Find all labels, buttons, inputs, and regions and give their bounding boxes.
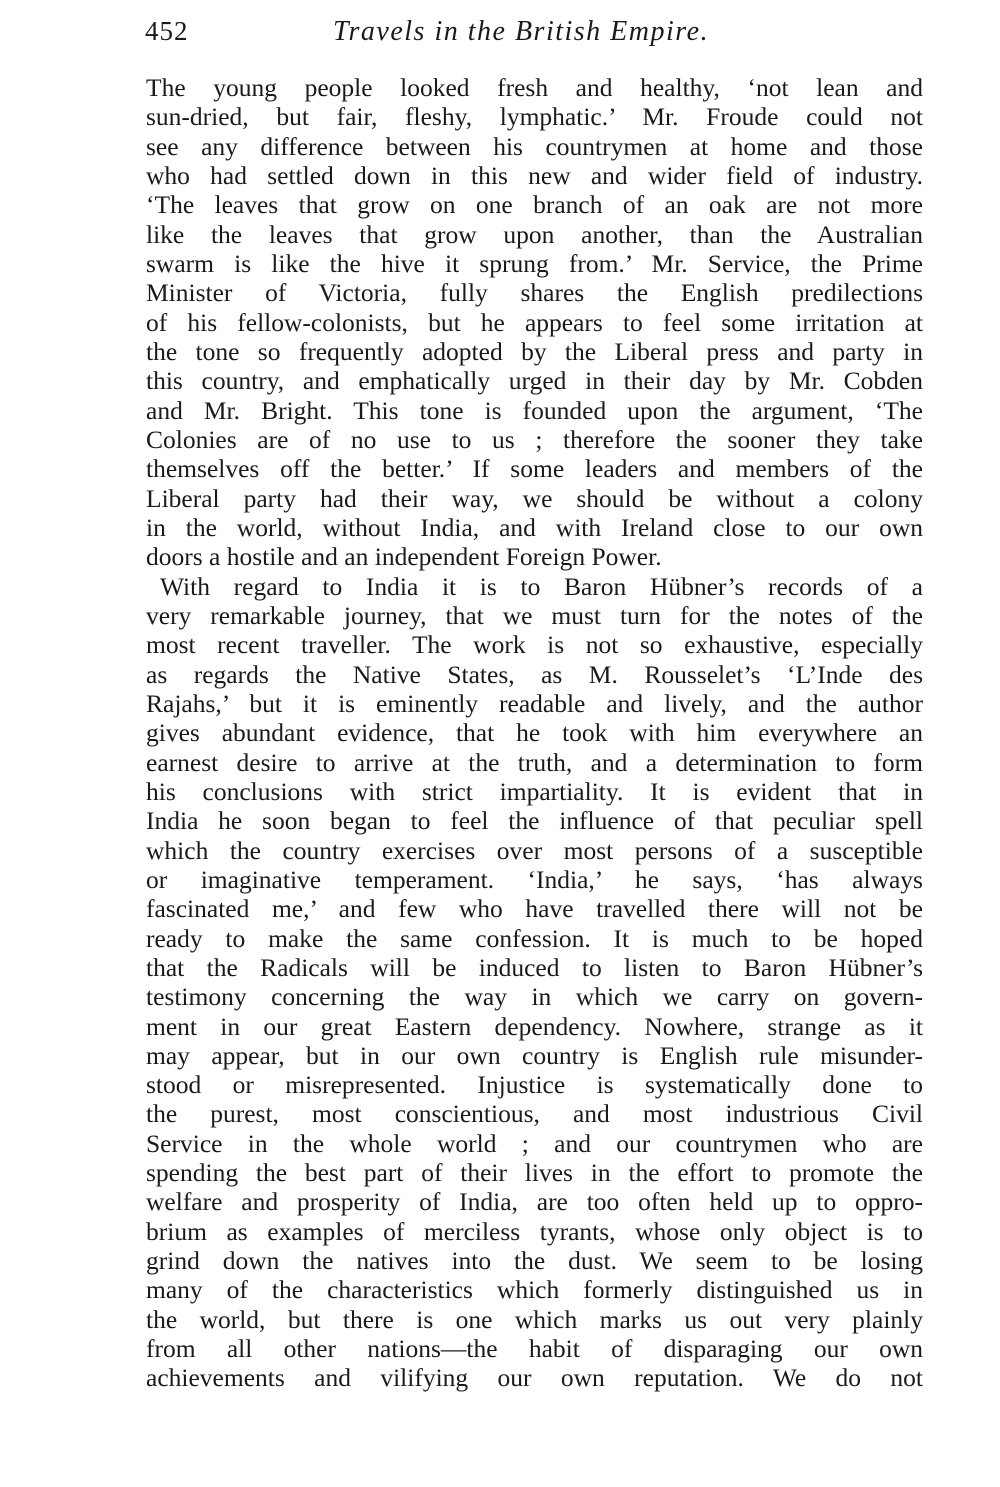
text-line: Rajahs,’ but it is eminently readable an… — [146, 689, 923, 718]
text-line: testimony concerning the way in which we… — [146, 982, 923, 1011]
running-head: 452 Travels in the British Empire. — [145, 16, 923, 52]
text-line: like the leaves that grow upon another, … — [146, 220, 923, 249]
text-line: Minister of Victoria, fully shares the E… — [146, 278, 923, 307]
text-line: or imaginative temperament. ‘India,’ he … — [146, 865, 923, 894]
text-line: brium as examples of merciless tyrants, … — [146, 1217, 923, 1246]
text-line: the world, but there is one which marks … — [146, 1305, 923, 1334]
text-line: India he soon began to feel the influenc… — [146, 806, 923, 835]
running-title: Travels in the British Empire. — [333, 16, 709, 48]
text-line: ment in our great Eastern dependency. No… — [146, 1012, 923, 1041]
text-line: gives abundant evidence, that he took wi… — [146, 718, 923, 747]
page-number: 452 — [145, 16, 189, 47]
text-line: from all other nations—the habit of disp… — [146, 1334, 923, 1363]
paragraph-1: The young people looked fresh and health… — [146, 73, 923, 572]
text-line: his conclusions with strict impartiality… — [146, 777, 923, 806]
text-line: the tone so frequently adopted by the Li… — [146, 337, 923, 366]
text-line: which the country exercises over most pe… — [146, 836, 923, 865]
text-line: earnest desire to arrive at the truth, a… — [146, 748, 923, 777]
book-page: 452 Travels in the British Empire. The y… — [0, 0, 1000, 1487]
text-line: of his fellow-colonists, but he appears … — [146, 308, 923, 337]
text-line: welfare and prosperity of India, are too… — [146, 1187, 923, 1216]
text-line: The young people looked fresh and health… — [146, 73, 923, 102]
text-line: stood or misrepresented. Injustice is sy… — [146, 1070, 923, 1099]
text-line: Colonies are of no use to us ; therefore… — [146, 425, 923, 454]
text-line: swarm is like the hive it sprung from.’ … — [146, 249, 923, 278]
text-line: ‘The leaves that grow on one branch of a… — [146, 190, 923, 219]
text-line: and Mr. Bright. This tone is founded upo… — [146, 396, 923, 425]
text-line: Service in the whole world ; and our cou… — [146, 1129, 923, 1158]
text-line: spending the best part of their lives in… — [146, 1158, 923, 1187]
text-line: very remarkable journey, that we must tu… — [146, 601, 923, 630]
text-line: see any difference between his countryme… — [146, 132, 923, 161]
text-line: sun-dried, but fair, fleshy, lymphatic.’… — [146, 102, 923, 131]
text-line: ready to make the same confession. It is… — [146, 924, 923, 953]
text-line: the purest, most conscientious, and most… — [146, 1099, 923, 1128]
text-line: who had settled down in this new and wid… — [146, 161, 923, 190]
text-line: this country, and emphatically urged in … — [146, 366, 923, 395]
text-line: in the world, without India, and with Ir… — [146, 513, 923, 542]
text-line: Liberal party had their way, we should b… — [146, 484, 923, 513]
paragraph-2: With regard to India it is to Baron Hübn… — [146, 572, 923, 1393]
text-line: fascinated me,’ and few who have travell… — [146, 894, 923, 923]
text-line: With regard to India it is to Baron Hübn… — [146, 572, 923, 601]
text-line: that the Radicals will be induced to lis… — [146, 953, 923, 982]
text-line: themselves off the better.’ If some lead… — [146, 454, 923, 483]
text-line: grind down the natives into the dust. We… — [146, 1246, 923, 1275]
text-line: as regards the Native States, as M. Rous… — [146, 660, 923, 689]
text-line: may appear, but in our own country is En… — [146, 1041, 923, 1070]
text-line: doors a hostile and an independent Forei… — [146, 542, 923, 571]
body-text: The young people looked fresh and health… — [146, 73, 923, 1393]
text-line: most recent traveller. The work is not s… — [146, 630, 923, 659]
text-line: many of the characteristics which former… — [146, 1275, 923, 1304]
text-line: achievements and vilifying our own reput… — [146, 1363, 923, 1392]
